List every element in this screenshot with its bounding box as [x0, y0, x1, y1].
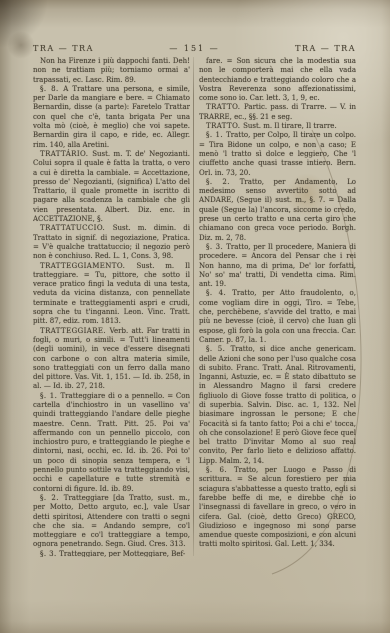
entry-headword: §. 3.: [40, 550, 59, 557]
dictionary-paragraph: TRATTO. Partic. pass. di Trarre. — V. in…: [199, 103, 356, 122]
dictionary-paragraph: §. 3. Tratteggiare, per Motteggiare, Bef…: [33, 550, 190, 557]
entry-headword: TRATTÁRIO.: [40, 150, 92, 158]
entry-headword: §. 5.: [206, 345, 231, 353]
dictionary-paragraph: §. 4. Tratto, per Atto fraudolento, o, c…: [199, 289, 356, 345]
dictionary-paragraph: TRATTO. Sust. m. Il tirare, Il trarre.: [199, 122, 356, 131]
dictionary-paragraph: Non ha Firenze i più dappochi fanti. Deh…: [33, 57, 190, 85]
entry-headword: §. 2.: [206, 178, 240, 186]
book-page-scan: TRA — TRA — 151 — TRA — TRA Non ha Firen…: [0, 0, 390, 633]
dictionary-paragraph: TRATTEGGIAMENTO. Sust. m. Il tratteggiar…: [33, 262, 190, 327]
entry-headword: TRATTEGGIAMENTO.: [40, 262, 136, 270]
dictionary-paragraph: TRATTÁRIO. Sust. m. T. de' Negozianti. C…: [33, 150, 190, 224]
dictionary-paragraph: §. 3. Tratto, per Il procedere, Maniera …: [199, 243, 356, 289]
header-catchword-left: TRA — TRA: [33, 44, 94, 53]
page-number: — 151 —: [169, 44, 219, 53]
column-divider-rule: [193, 57, 194, 556]
dictionary-paragraph: TRATTATUCCIO. Sust. m. dimin. di Trattat…: [33, 224, 190, 261]
entry-headword: §. 1.: [206, 131, 226, 139]
entry-headword: §. 3.: [206, 243, 226, 251]
entry-headword: §. 4.: [206, 289, 232, 297]
entry-headword: §. 6.: [206, 466, 234, 474]
header-catchword-right: TRA — TRA: [295, 44, 356, 53]
dictionary-paragraph: §. 6. Tratto, per Luogo e Passo di scrit…: [199, 466, 356, 550]
entry-headword: §. 8.: [40, 85, 63, 93]
corner-shadow: [8, 30, 34, 60]
dictionary-paragraph: §. 2. Tratteggiare [da Tratto, sust. m.,…: [33, 494, 190, 550]
dictionary-paragraph: fare. = Son sicura che la modestia sua n…: [199, 57, 356, 103]
dictionary-paragraph: §. 1. Tratteggiare di o a pennello. = Co…: [33, 392, 190, 494]
entry-headword: §. 2.: [40, 494, 64, 502]
entry-headword: TRATTO.: [206, 103, 244, 111]
entry-headword: TRATTO.: [206, 122, 243, 130]
dictionary-paragraph: §. 2. Tratto, per Andamento, Lo medesimo…: [199, 178, 356, 243]
dictionary-paragraph: TRATTEGGIARE. Verb. att. Far tratti in f…: [33, 327, 190, 392]
dictionary-paragraph: §. 5. Tratto, si dice anche genericam. d…: [199, 345, 356, 466]
entry-headword: TRATTATUCCIO.: [40, 224, 113, 232]
running-header: TRA — TRA — 151 — TRA — TRA: [33, 44, 356, 53]
entry-headword: §. 1.: [40, 392, 61, 400]
dictionary-paragraph: §. 1. Tratto, per Colpo, Il tirare un co…: [199, 131, 356, 177]
dictionary-paragraph: §. 8. A Trattare una persona, e simile, …: [33, 85, 190, 150]
entry-headword: TRATTEGGIARE.: [40, 327, 110, 335]
text-column-right: fare. = Son sicura che la modestia sua n…: [199, 57, 356, 557]
text-column-left: Non ha Firenze i più dappochi fanti. Deh…: [33, 57, 190, 557]
